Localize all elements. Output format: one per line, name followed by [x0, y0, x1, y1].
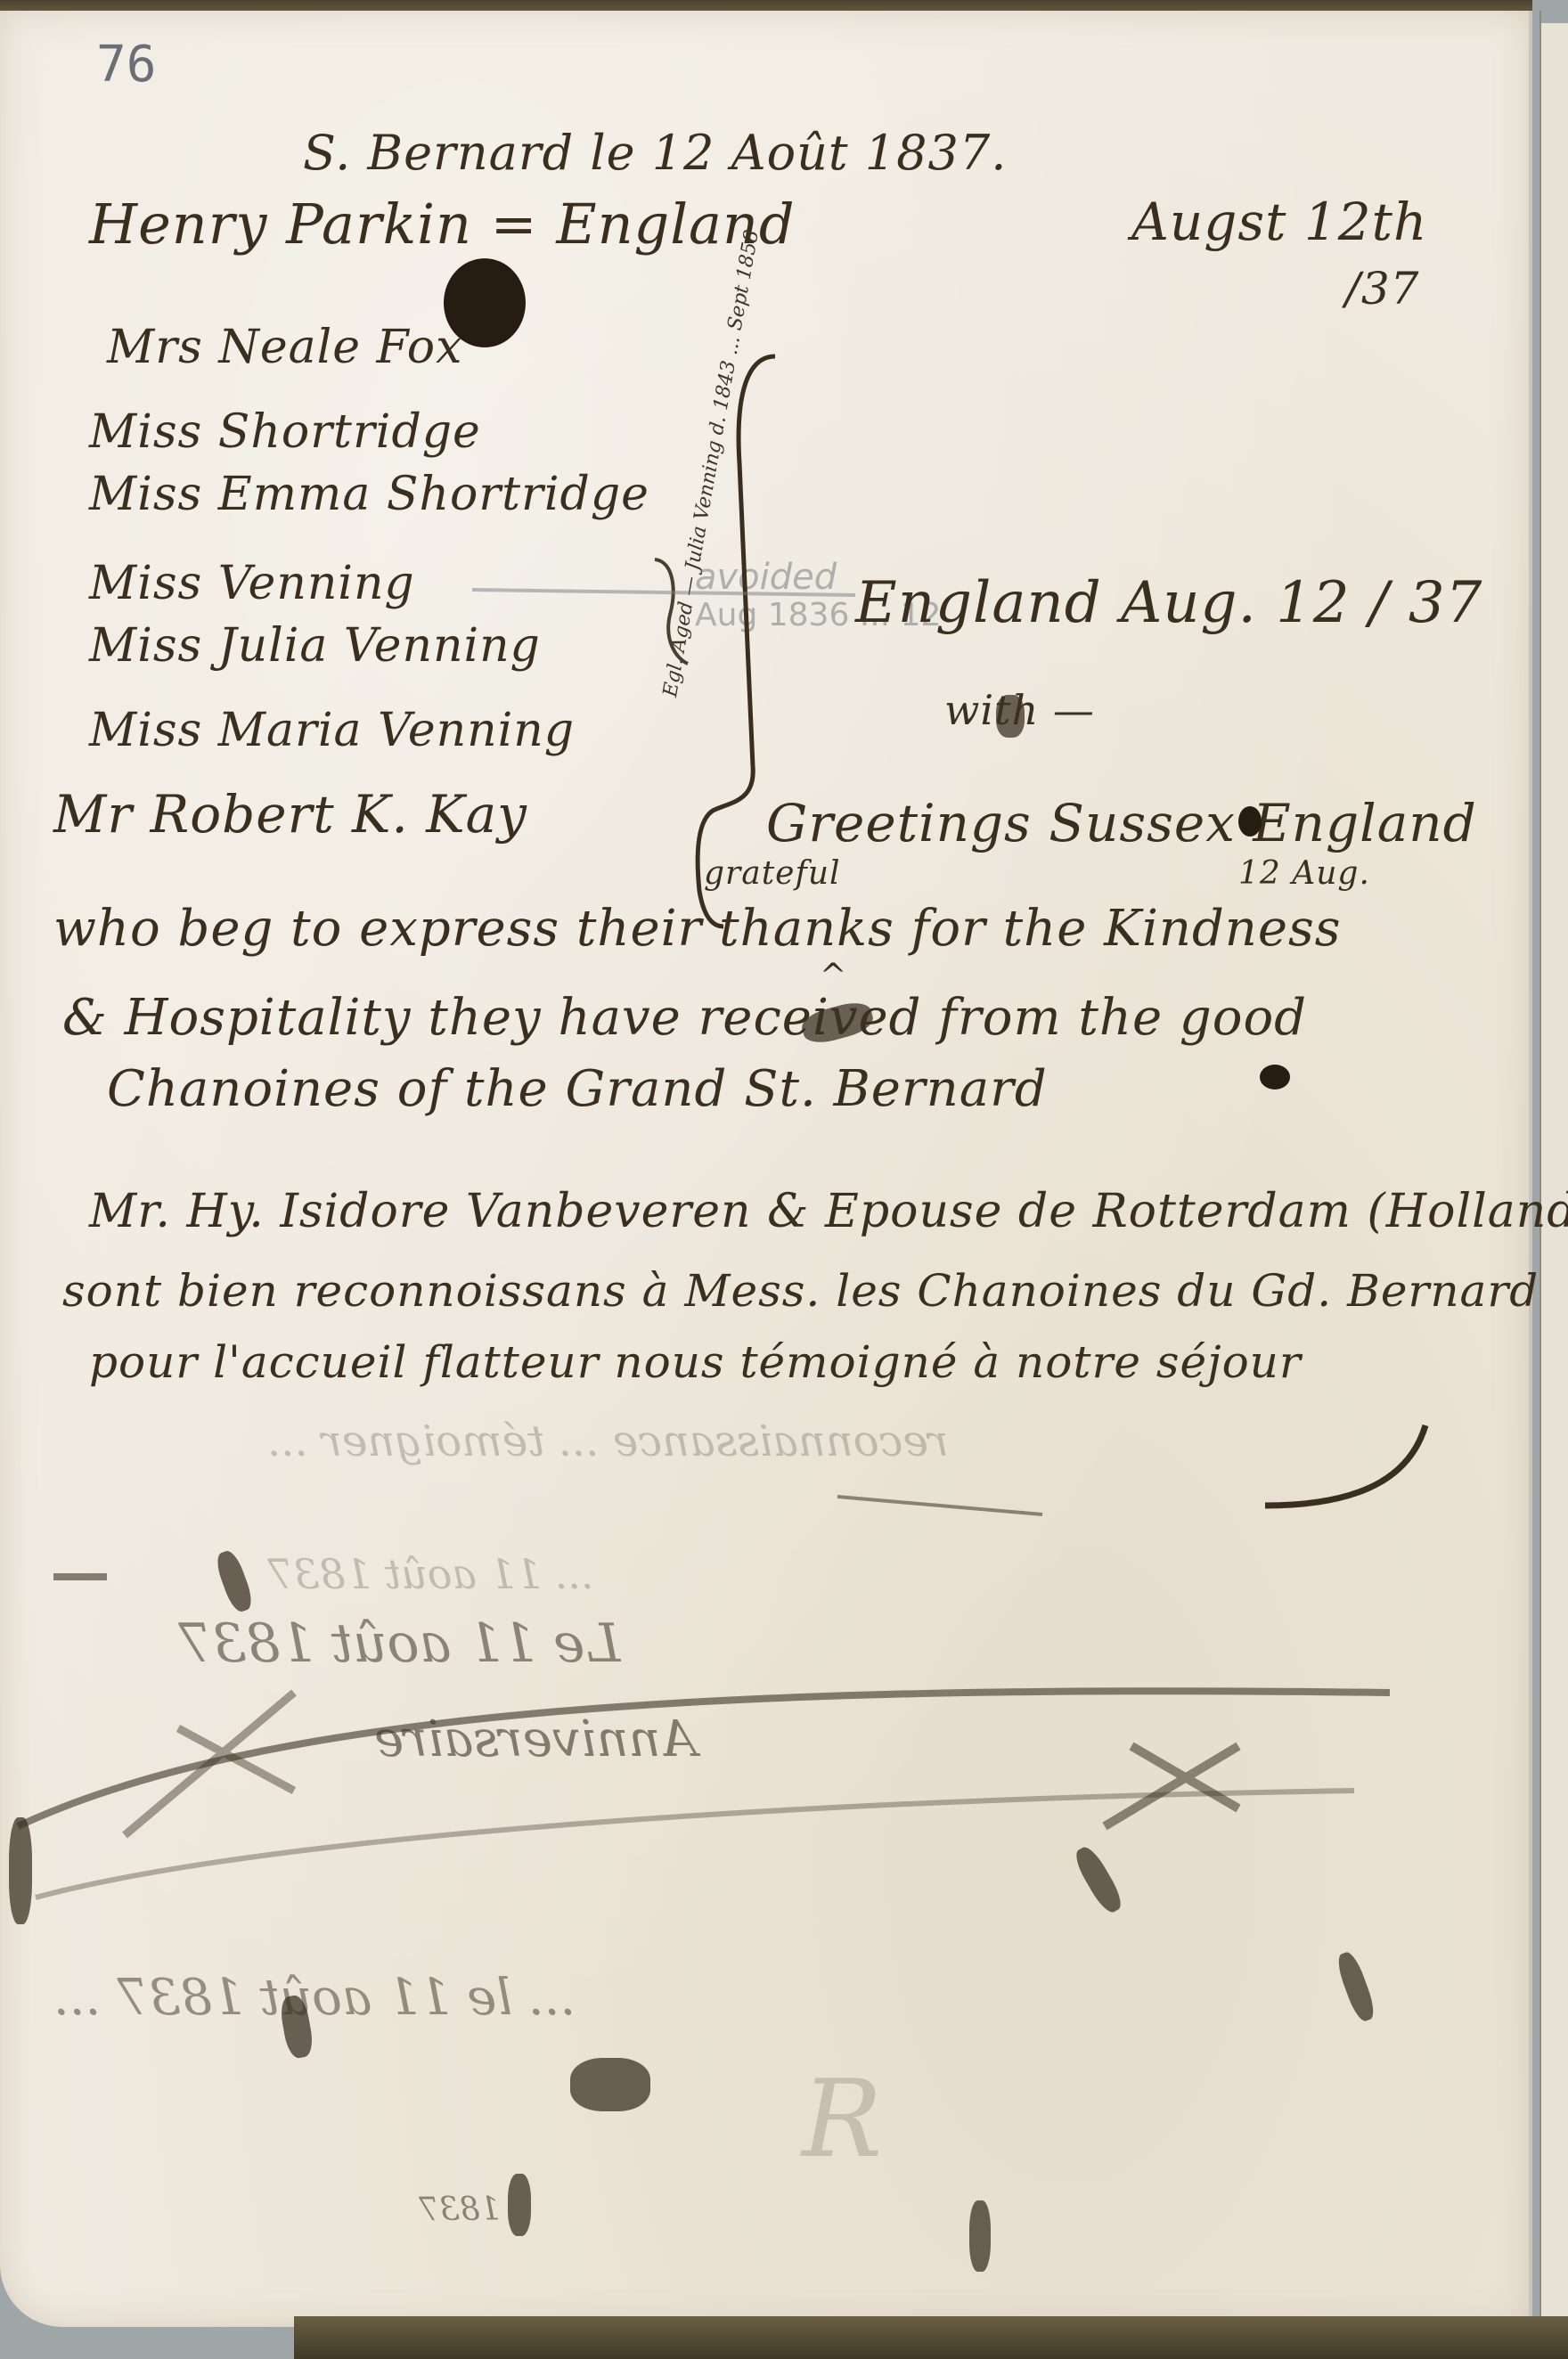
bleed-through-line: ... le 11 août 1837 ...	[53, 1969, 576, 2027]
group-name: Miss Shortridge	[89, 405, 481, 459]
thanks-line: & Hospitality they have received from th…	[62, 989, 1307, 1047]
group-name: Miss Venning	[89, 557, 415, 610]
book-bottom-edge	[294, 2316, 1568, 2359]
group-name: Mrs Neale Fox	[107, 321, 462, 374]
ink-smear	[969, 2200, 991, 2272]
group-name: Miss Emma Shortridge	[89, 468, 649, 521]
entry-henry-parkin: Henry Parkin = England	[89, 192, 796, 257]
bleed-through-line: ... 11 août 1837	[267, 1550, 594, 1598]
french-entry-line: pour l'accueil flatteur nous témoigné à …	[89, 1336, 1302, 1388]
ink-smear	[996, 695, 1025, 738]
group-country-date: England Aug. 12 / 37	[855, 570, 1482, 636]
page-fold-line	[1529, 11, 1532, 2327]
ink-smear	[570, 2058, 650, 2111]
pencil-annotation: avoided	[695, 557, 837, 598]
group-name: Miss Maria Venning	[89, 704, 575, 757]
ink-blot	[1238, 806, 1262, 837]
scan-background: reconnaissance ... témoigner ... ... 11 …	[0, 0, 1568, 2359]
page-number: 76	[96, 36, 156, 94]
group-greetings-line: Greetings Sussex England	[766, 793, 1477, 853]
thanks-line: who beg to express their thanks for the …	[53, 900, 1341, 958]
group-name: Mr Robert K. Kay	[53, 784, 527, 845]
entry-date: Augst 12th	[1131, 192, 1427, 252]
group-name: Miss Julia Venning	[89, 619, 541, 673]
entry-year: /37	[1345, 263, 1419, 314]
next-page-edge	[1541, 23, 1568, 2330]
french-entry-line: sont bien reconnoissans à Mess. les Chan…	[62, 1265, 1539, 1317]
bleed-through-signature: R	[802, 2058, 882, 2182]
ink-blot	[1260, 1065, 1290, 1090]
entry-name: Henry Parkin	[89, 192, 472, 257]
bleed-through-line: reconnaissance ... témoigner ...	[267, 1416, 949, 1466]
place-date-heading: S. Bernard le 12 Août 1837.	[303, 125, 1007, 181]
entry-separator: =	[491, 192, 538, 257]
ink-blot	[444, 258, 526, 347]
french-entry-line: Mr. Hy. Isidore Vanbeveren & Epouse de R…	[89, 1185, 1568, 1238]
inserted-word: grateful	[704, 855, 841, 892]
ink-smear	[9, 1817, 32, 1924]
ink-smear	[508, 2174, 531, 2236]
bleed-through-line: Anniversaire	[374, 1710, 697, 1768]
bleed-through-line: 1837	[419, 2192, 501, 2228]
thanks-line: Chanoines of the Grand St. Bernard	[107, 1060, 1048, 1118]
inserted-date: 12 Aug.	[1238, 855, 1370, 892]
bleed-through-line: Le 11 août 1837	[178, 1612, 620, 1675]
